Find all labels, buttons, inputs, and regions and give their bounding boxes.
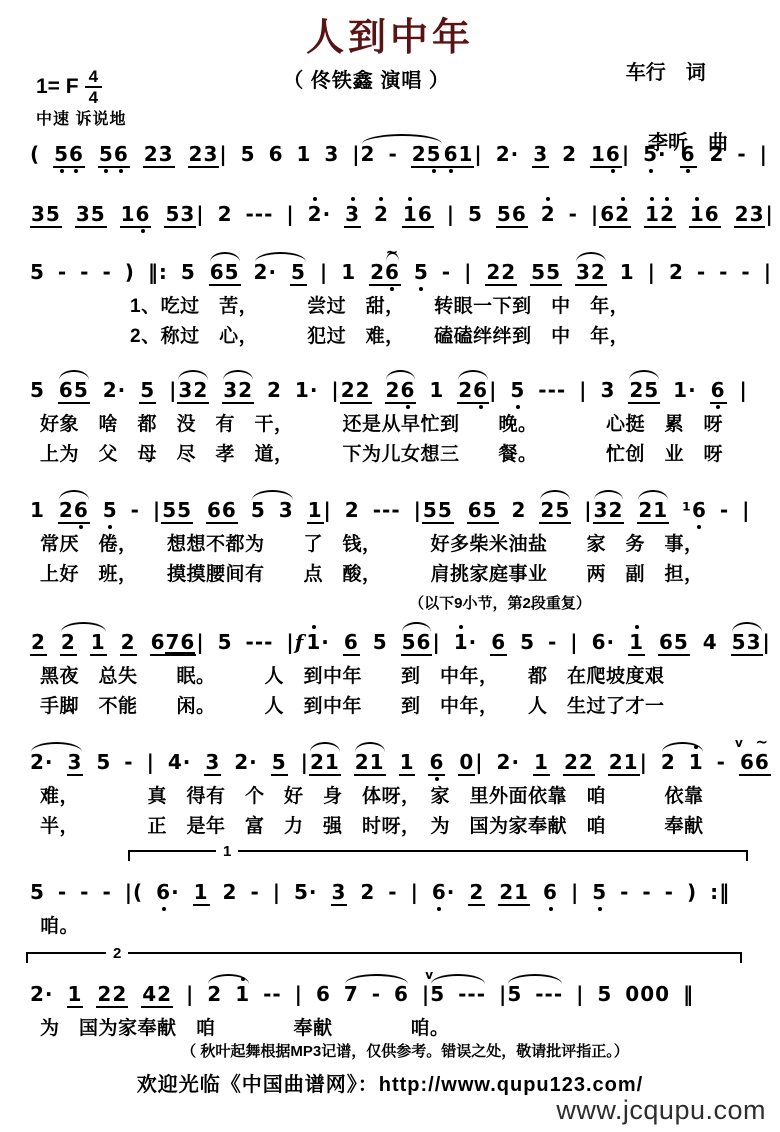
lyricist-credit: 车行 词 — [626, 62, 706, 84]
lyrics-line: 2、称过 心， 犯过 难， 磕磕绊绊到 中 年， — [30, 322, 770, 352]
credits-block: 车行 词 李昕 曲 — [626, 56, 728, 196]
system-9: 2· 1 22 42 | 2 1 -- | 6 7 - 6 |5 --- |5 … — [30, 968, 770, 1044]
transcriber-note: （ 秋叶起舞根据MP3记谱，仅供参考。错误之处，敬请批评指正。） — [0, 1040, 780, 1061]
meter-numerator: 4 — [85, 68, 102, 88]
system-4: 5 65 2· 5 |32 32 2 1· |22 26 1 26| 5 ---… — [30, 364, 770, 470]
notation-line-6: 2 2 1 2 676| 5 --- |f1· 6 5 56| 1· 6 5 -… — [30, 616, 770, 656]
notation-line-7: 2· 3 5 - | 4· 3 2· 5 |21 21 1 6 0| 2· 1 … — [30, 736, 770, 776]
footer-site-url: 欢迎光临《中国曲谱网》：http://www.qupu123.com/ — [0, 1068, 780, 1097]
notation-line-4: 5 65 2· 5 |32 32 2 1· |22 26 1 26| 5 ---… — [30, 364, 770, 404]
volta-label-1: 1 — [216, 843, 238, 860]
notation-line-5: 1 26 5 - |55 66 5 3 1| 2 --- |55 65 2 25… — [30, 484, 770, 524]
system-8: 5 - - - |( 6· 1 2 - | 5· 3 2 - | 6· 2 21… — [30, 866, 770, 942]
song-title: 人到中年 — [0, 6, 780, 61]
notation-line-2: 35 35 16 53| 2 --- | 2· 3 2 16 | 5 56 2 … — [30, 188, 770, 228]
lyrics-line: 咱。 — [30, 912, 770, 942]
system-2: 35 35 16 53| 2 --- | 2· 3 2 16 | 5 56 2 … — [30, 188, 770, 228]
meter-fraction: 4 4 — [85, 68, 102, 106]
notation-line-1: ( 56 56 23 23| 5 6 1 3 |2 - 2561| 2· 3 2… — [30, 128, 770, 168]
system-7: 2· 3 5 - | 4· 3 2· 5 |21 21 1 6 0| 2· 1 … — [30, 736, 770, 842]
meter-denominator: 4 — [85, 88, 102, 106]
notation-line-3: 5 - - - ) ‖: 5 65 2· 5 | 1 26 5 - | 22 5… — [30, 246, 770, 286]
performer-subtitle: （ 佟铁鑫 演唱 ） — [0, 64, 733, 93]
notation-line-9: 2· 1 22 42 | 2 1 -- | 6 7 - 6 |5 --- |5 … — [30, 968, 770, 1008]
volta-bracket-1: 1 — [128, 850, 748, 862]
lyrics-line: 1、吃过 苦， 尝过 甜， 转眼一下到 中 年， — [30, 292, 770, 322]
section-annotation: （以下9小节，第2段重复） — [0, 592, 780, 613]
system-5: 1 26 5 - |55 66 5 3 1| 2 --- |55 65 2 25… — [30, 484, 770, 590]
volta-bracket-2: 2 — [26, 952, 742, 964]
lyrics-line: 上为 父 母 尽 孝 道， 下为儿女想三 餐。 忙创 业 呀 — [30, 440, 770, 470]
lyrics-line: 黑夜 总失 眠。 人 到中年 到 中年， 都 在爬坡度艰 — [30, 662, 770, 692]
lyrics-line: 手脚 不能 闲。 人 到中年 到 中年， 人 生过了才一 — [30, 692, 770, 722]
key-text: 1= F — [36, 75, 79, 99]
lyrics-line: 难， 真 得有 个 好 身 体呀， 家 里外面依靠 咱 依靠 — [30, 782, 770, 812]
system-3: 5 - - - ) ‖: 5 65 2· 5 | 1 26 5 - | 22 5… — [30, 246, 770, 352]
lyrics-line: 半， 正 是年 富 力 强 时呀， 为 国为家奉献 咱 奉献 — [30, 812, 770, 842]
sheet-music-page: 人到中年 （ 佟铁鑫 演唱 ） 车行 词 李昕 曲 1= F 4 4 中速 诉说… — [0, 0, 780, 1132]
tempo-marking: 中速 诉说地 — [36, 106, 126, 129]
notation-line-8: 5 - - - |( 6· 1 2 - | 5· 3 2 - | 6· 2 21… — [30, 866, 770, 906]
lyrics-line: 常厌 倦， 想想不都为 了 钱， 好多柴米油盐 家 务 事， — [30, 530, 770, 560]
volta-label-2: 2 — [106, 945, 128, 962]
system-6: 2 2 1 2 676| 5 --- |f1· 6 5 56| 1· 6 5 -… — [30, 616, 770, 722]
lyrics-line: 上好 班， 摸摸腰间有 点 酸， 肩挑家庭事业 两 副 担， — [30, 560, 770, 590]
key-signature: 1= F 4 4 — [36, 68, 102, 106]
site-watermark: www.jcqupu.com — [556, 1095, 766, 1126]
lyrics-line: 好象 啥 都 没 有 干， 还是从早忙到 晚。 心挺 累 呀 — [30, 410, 770, 440]
system-1: ( 56 56 23 23| 5 6 1 3 |2 - 2561| 2· 3 2… — [30, 128, 770, 168]
